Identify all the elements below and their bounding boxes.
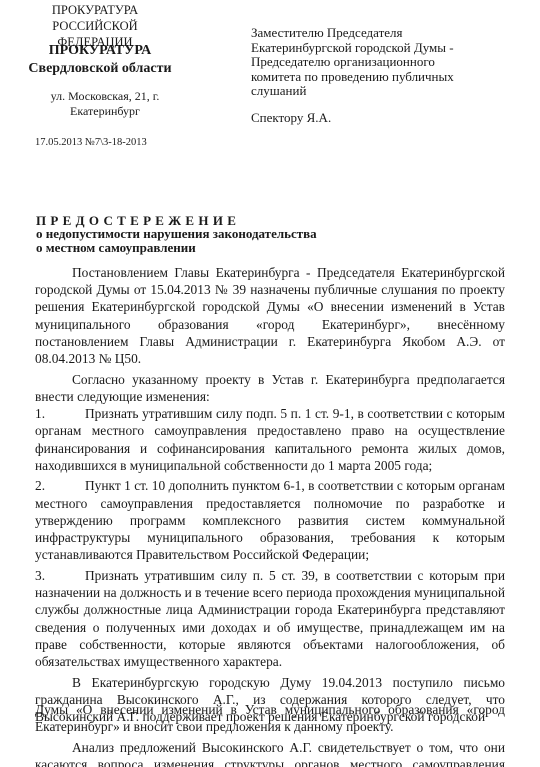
office-line-1: ПРОКУРАТУРА	[15, 42, 185, 60]
paragraph-4: Думы «О внесении изменений в Устав муниц…	[35, 701, 505, 735]
list-text: Признать утратившим силу п. 5 ст. 39, в …	[35, 568, 505, 669]
recipient-name: Спектору Я.А.	[251, 111, 481, 126]
recipient-line: Екатеринбургской городской Думы -	[251, 41, 481, 56]
list-number: 3.	[35, 567, 85, 584]
list-item-1: 1.Признать утратившим силу подп. 5 п. 1 …	[35, 405, 505, 474]
paragraph-5: Анализ предложений Высокинского А.Г. сви…	[35, 739, 505, 767]
office-line-2: Свердловской области	[15, 60, 185, 78]
reference-number: 17.05.2013 №7\3-18-2013	[35, 137, 147, 148]
recipient-line: Заместителю Председателя	[251, 26, 481, 41]
recipient-line: комитета по проведению публичных	[251, 70, 481, 85]
list-number: 2.	[35, 477, 85, 494]
document-body-continued: Думы «О внесении изменений в Устав муниц…	[35, 701, 505, 767]
recipient-line: слушаний	[251, 84, 481, 99]
list-text: Признать утратившим силу подп. 5 п. 1 ст…	[35, 406, 505, 473]
document-body: Постановлением Главы Екатеринбурга - Пре…	[35, 264, 505, 725]
org-line-1: ПРОКУРАТУРА	[20, 2, 170, 18]
sender-address: ул. Московская, 21, г. Екатеринбург	[45, 89, 165, 119]
paragraph-1: Постановлением Главы Екатеринбурга - Пре…	[35, 264, 505, 367]
document-subtitle: о недопустимости нарушения законодательс…	[36, 227, 317, 255]
office-name: ПРОКУРАТУРА Свердловской области	[15, 42, 185, 78]
list-item-2: 2.Пункт 1 ст. 10 дополнить пунктом 6-1, …	[35, 477, 505, 563]
list-number: 1.	[35, 405, 85, 422]
recipient-block: Заместителю Председателя Екатеринбургско…	[251, 26, 481, 125]
recipient-line: Председателю организационного	[251, 55, 481, 70]
list-text: Пункт 1 ст. 10 дополнить пунктом 6-1, в …	[35, 478, 505, 562]
subtitle-line-2: о местном самоуправлении	[36, 241, 317, 255]
address-line-1: ул. Московская, 21, г.	[45, 89, 165, 104]
address-line-2: Екатеринбург	[45, 104, 165, 119]
subtitle-line-1: о недопустимости нарушения законодательс…	[36, 227, 317, 241]
paragraph-2: Согласно указанному проекту в Устав г. Е…	[35, 371, 505, 405]
list-item-3: 3.Признать утратившим силу п. 5 ст. 39, …	[35, 567, 505, 670]
